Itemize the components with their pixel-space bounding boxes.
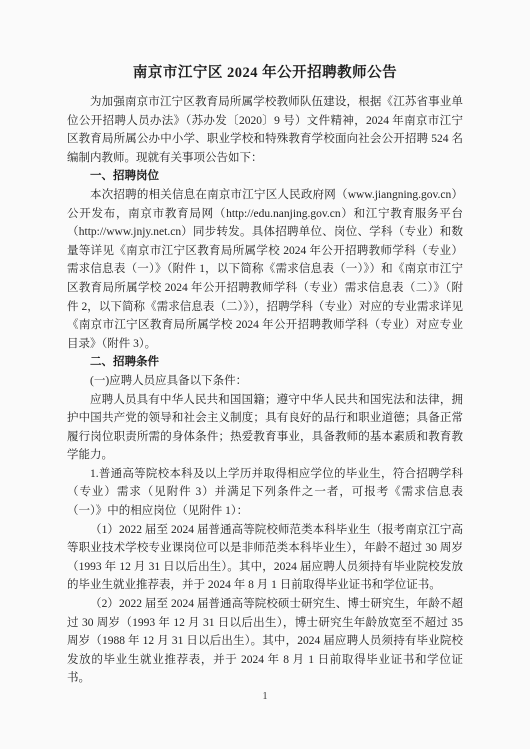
paragraph-basic-requirements: 应聘人员具有中华人民共和国国籍；遵守中华人民共和国宪法和法律，拥护中国共产党的领… <box>67 391 463 465</box>
paragraph-item-2-postgraduate: （2）2022 届至 2024 届普通高等院校硕士研究生、博士研究生，年龄不超过… <box>67 595 463 688</box>
paragraph-intro: 为加强南京市江宁区教育局所属学校教师队伍建设，根据《江苏省事业单位公开招聘人员办… <box>67 93 463 167</box>
section-heading-recruit-conditions: 二、招聘条件 <box>67 353 463 372</box>
paragraph-degree-requirement: 1.普通高等院校本科及以上学历并取得相应学位的毕业生，符合招聘学科（专业）需求（… <box>67 465 463 521</box>
section-heading-recruit-positions: 一、招聘岗位 <box>67 167 463 186</box>
paragraph-item-1-bachelor: （1）2022 届至 2024 届普通高等院校师范类本科毕业生（报考南京江宁高等… <box>67 521 463 595</box>
document-page: 南京市江宁区 2024 年公开招聘教师公告 为加强南京市江宁区教育局所属学校教师… <box>0 0 530 749</box>
paragraph-condition-lead: (一)应聘人员应具备以下条件： <box>67 372 463 391</box>
paragraph-position-info: 本次招聘的相关信息在南京市江宁区人民政府网（www.jiangning.gov.… <box>67 186 463 353</box>
document-title: 南京市江宁区 2024 年公开招聘教师公告 <box>67 64 463 83</box>
page-number: 1 <box>0 691 530 702</box>
document-body: 为加强南京市江宁区教育局所属学校教师队伍建设，根据《江苏省事业单位公开招聘人员办… <box>67 93 463 688</box>
